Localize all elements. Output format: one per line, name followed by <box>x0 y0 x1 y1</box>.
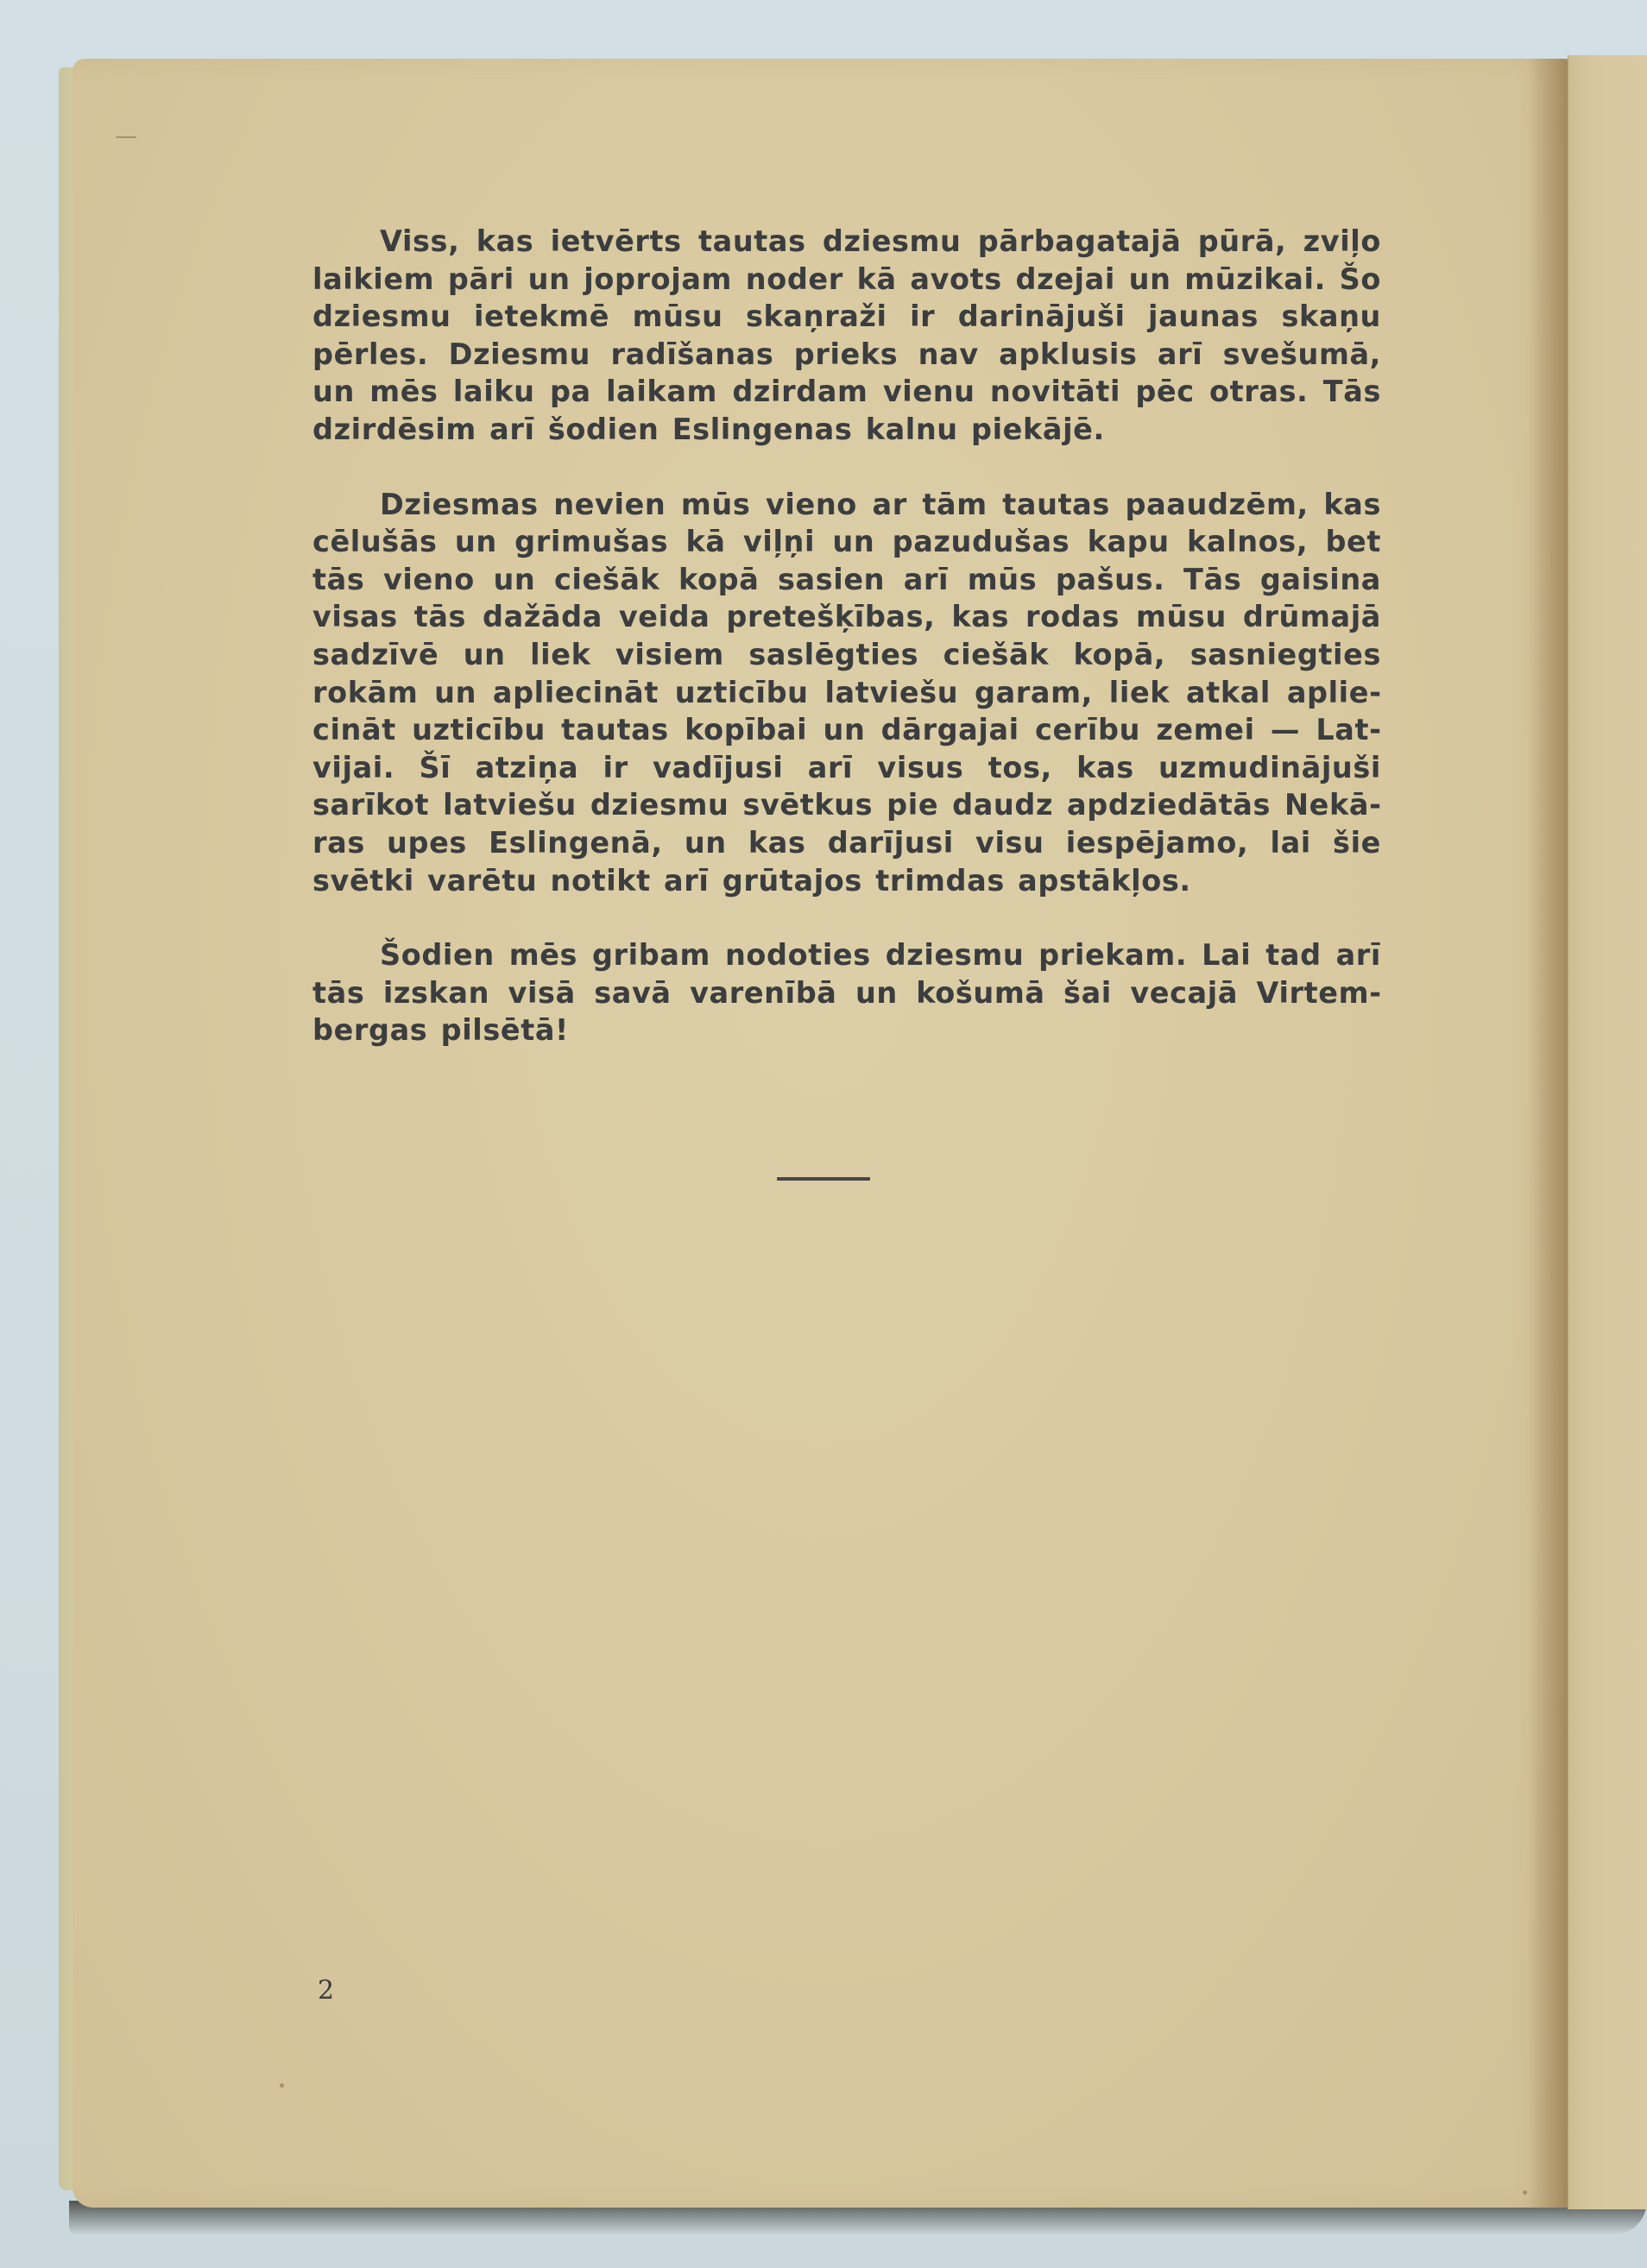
body-text: Viss, kas ietvērts tautas dziesmu pārbag… <box>312 223 1381 1087</box>
page-number: 2 <box>318 1978 334 2004</box>
paper-speck <box>280 2083 284 2088</box>
paragraph-2: Dziesmas nevien mūs vieno ar tām tautas … <box>312 486 1381 900</box>
paragraph-1: Viss, kas ietvērts tautas dziesmu pārbag… <box>312 223 1381 449</box>
facing-page-edge <box>1568 55 1647 2209</box>
paper-speck <box>1523 2190 1527 2195</box>
spine-gutter-shadow <box>1528 59 1568 2208</box>
section-separator-rule <box>777 1177 870 1181</box>
paper-mark <box>116 136 136 138</box>
paragraph-3: Šodien mēs gribam nodoties dziesmu priek… <box>312 936 1381 1049</box>
